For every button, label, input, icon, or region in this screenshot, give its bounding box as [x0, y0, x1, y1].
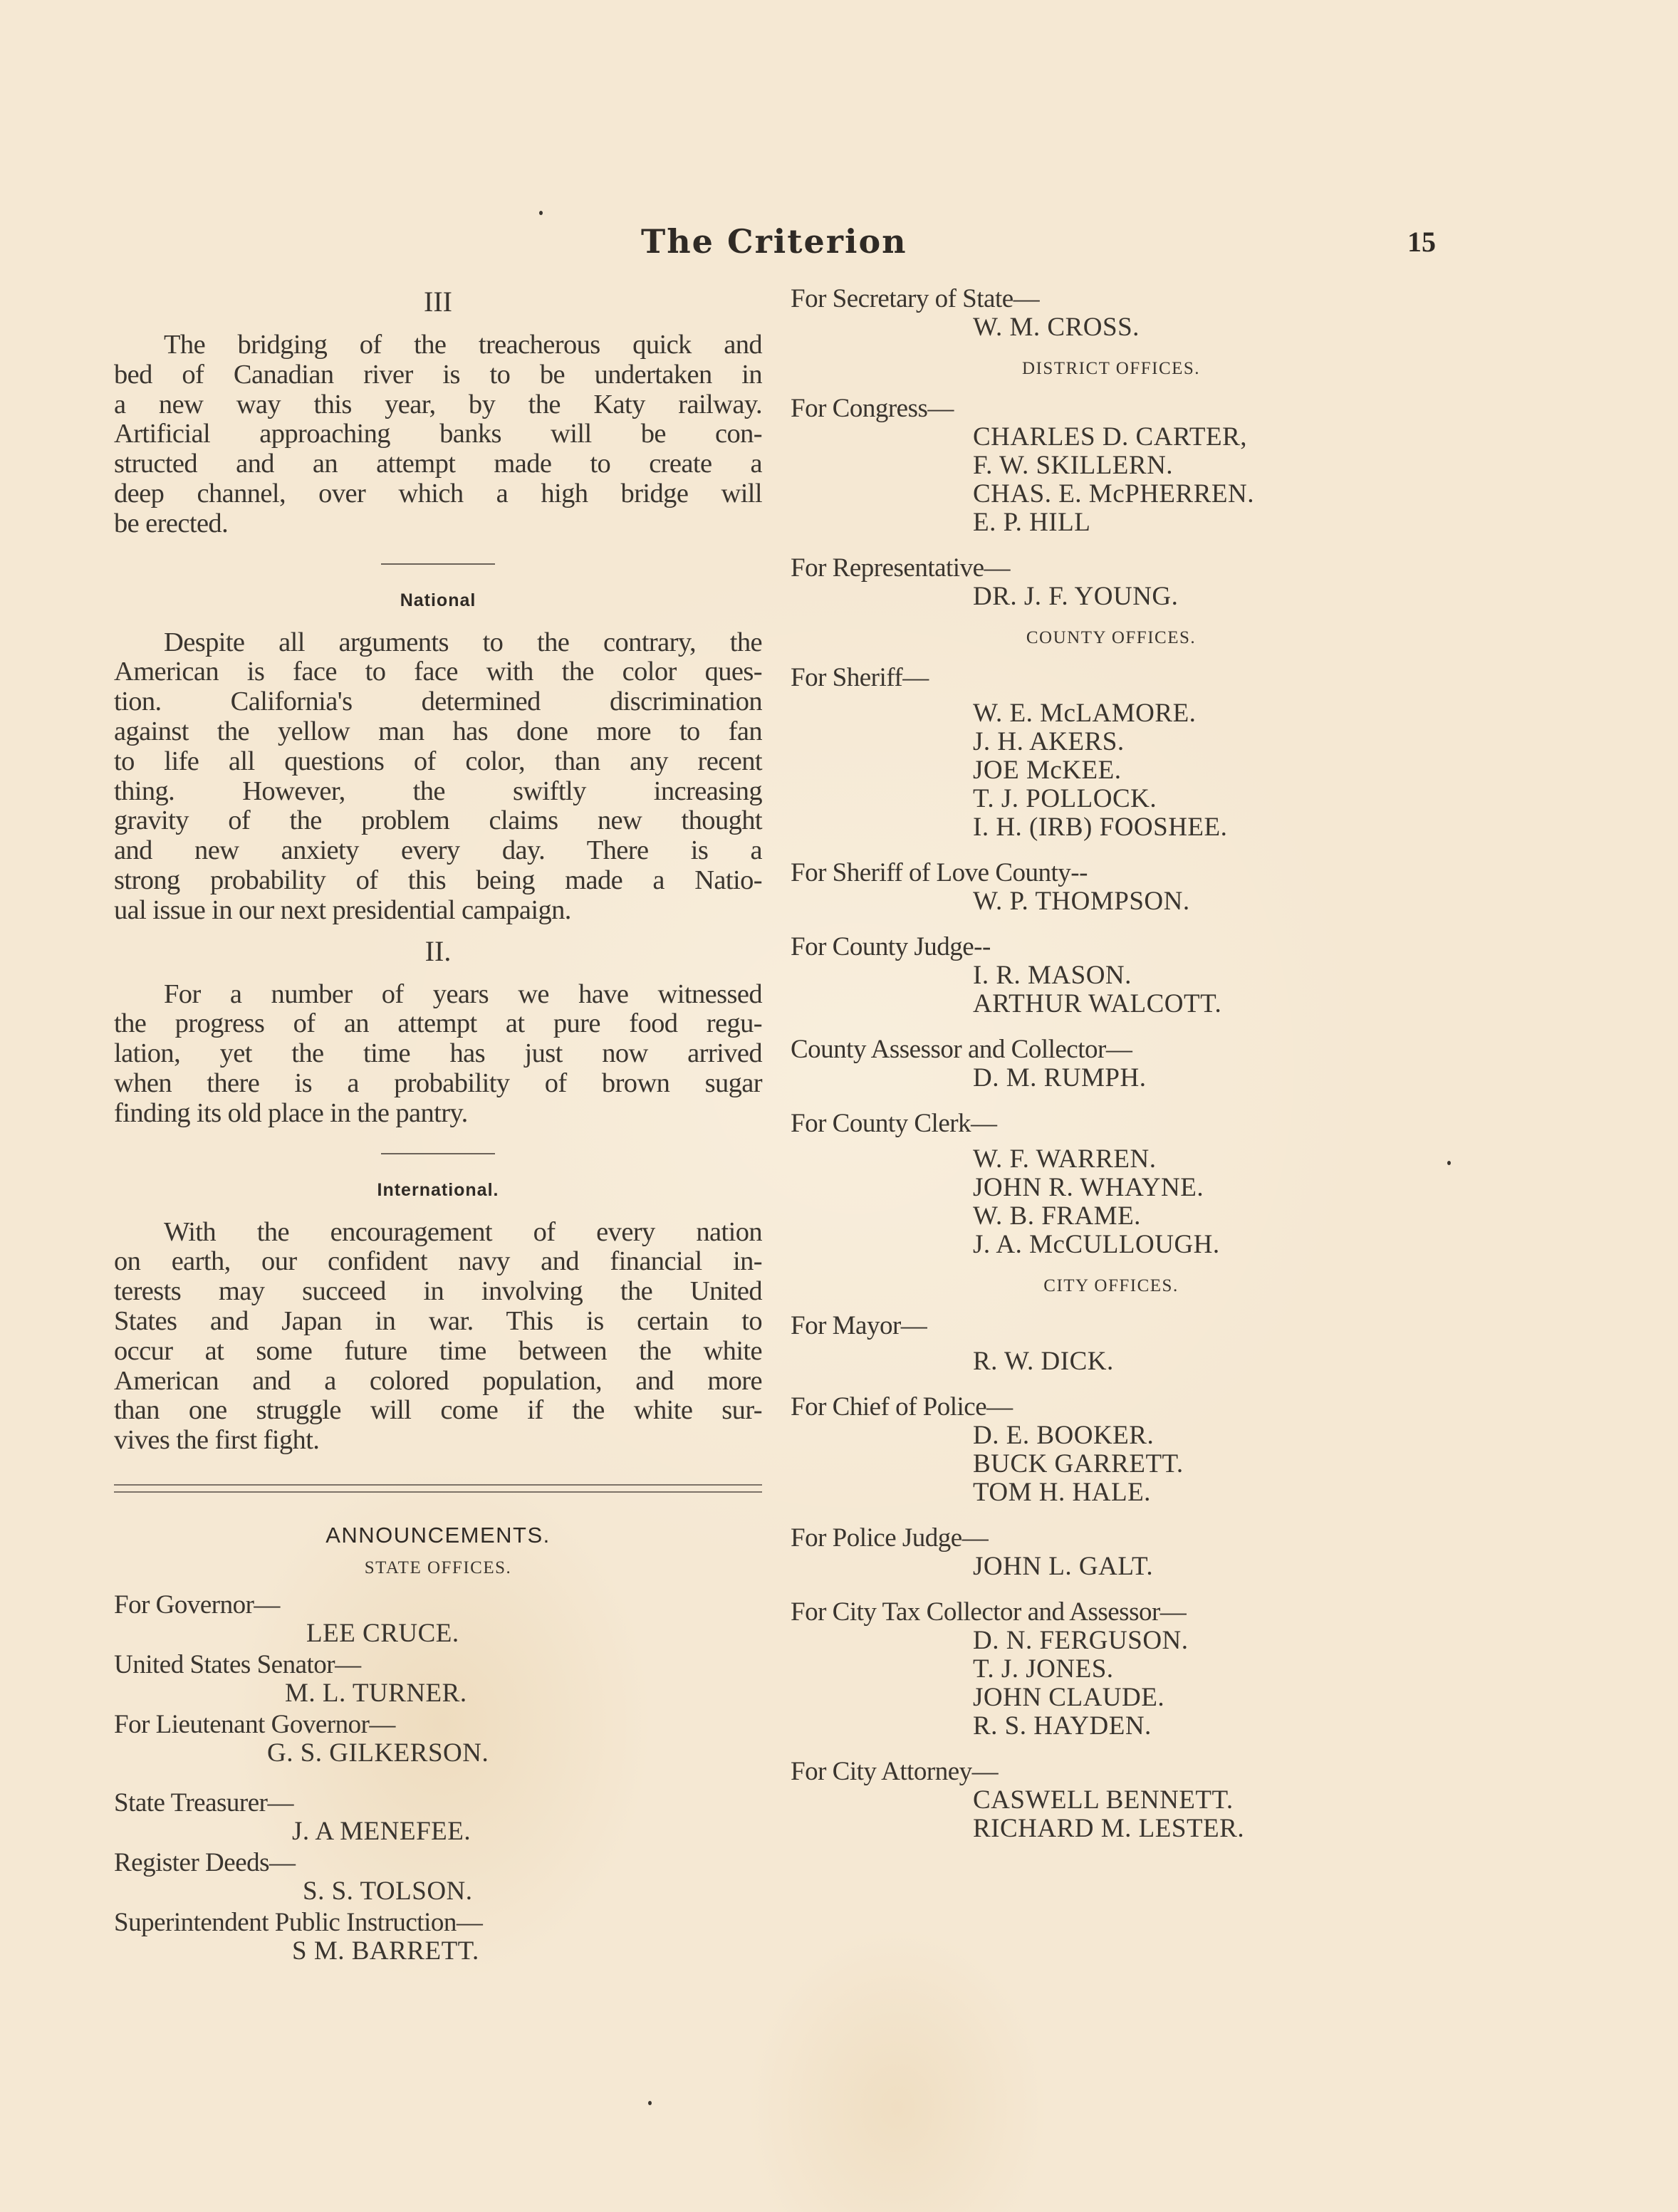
office-label: For County Judge-- — [791, 933, 1432, 961]
paragraph-line: thing. However, the swiftly increasing — [114, 777, 762, 807]
publication-title: The Criterion — [641, 222, 907, 261]
candidate-name: LEE CRUCE. — [114, 1619, 762, 1648]
paragraph-line: a new way this year, by the Katy railway… — [114, 390, 762, 420]
office-group-heading: COUNTY OFFICES. — [791, 628, 1432, 648]
announcements-title: ANNOUNCEMENTS. — [114, 1523, 762, 1548]
paragraph-line: when there is a probability of brown sug… — [114, 1069, 762, 1099]
candidate-name: JOHN L. GALT. — [791, 1553, 1432, 1581]
office-label: For City Attorney— — [791, 1758, 1432, 1786]
candidate-name: T. J. POLLOCK. — [791, 785, 1432, 813]
magazine-page: The Criterion 15 IIIThe bridging of the … — [0, 0, 1678, 2212]
office-group-heading: DISTRICT OFFICES. — [791, 359, 1432, 379]
paragraph-line: the progress of an attempt at pure food … — [114, 1009, 762, 1039]
double-rule-divider — [114, 1484, 762, 1493]
article-paragraph: With the encouragement of every nationon… — [114, 1218, 762, 1456]
state-offices-list: For Governor—LEE CRUCE.United States Sen… — [114, 1591, 762, 1966]
office-label: Register Deeds— — [114, 1849, 762, 1877]
paragraph-line: strong probability of this being made a … — [114, 866, 762, 896]
candidate-name: J. A. McCULLOUGH. — [791, 1231, 1432, 1259]
candidate-name: I. H. (IRB) FOOSHEE. — [791, 813, 1432, 842]
print-speck — [1447, 1161, 1451, 1165]
candidate-name: F. W. SKILLERN. — [791, 452, 1432, 480]
roman-numeral-heading: II. — [114, 934, 762, 969]
candidate-name: DR. J. F. YOUNG. — [791, 583, 1432, 611]
left-column: IIIThe bridging of the treacherous quick… — [114, 285, 762, 1968]
office-label: For Representative— — [791, 554, 1432, 583]
article-paragraph: Despite all arguments to the contrary, t… — [114, 628, 762, 926]
office-entry: County Assessor and Collector—D. M. RUMP… — [791, 1035, 1432, 1092]
office-label: For County Clerk— — [791, 1110, 1432, 1138]
office-entry: For Representative—DR. J. F. YOUNG. — [791, 554, 1432, 611]
candidate-name: JOHN CLAUDE. — [791, 1684, 1432, 1712]
running-head: The Criterion 15 — [0, 222, 1678, 265]
candidate-name: CHARLES D. CARTER, — [791, 423, 1432, 452]
candidate-name: JOE McKEE. — [791, 756, 1432, 785]
paragraph-line: be erected. — [114, 509, 762, 539]
page-number: 15 — [1407, 225, 1436, 259]
office-label: United States Senator— — [114, 1651, 762, 1679]
paragraph-line: The bridging of the treacherous quick an… — [114, 330, 762, 360]
office-label: For Secretary of State— — [791, 285, 1432, 313]
candidate-name: J. H. AKERS. — [791, 728, 1432, 756]
candidate-name: BUCK GARRETT. — [791, 1450, 1432, 1478]
paragraph-line: terests may succeed in involving the Uni… — [114, 1277, 762, 1307]
paragraph-line: occur at some future time between the wh… — [114, 1337, 762, 1367]
office-entry: For Secretary of State—W. M. CROSS. — [791, 285, 1432, 342]
candidate-name: W. E. McLAMORE. — [791, 699, 1432, 728]
state-offices-heading: STATE OFFICES. — [114, 1558, 762, 1578]
office-entry: For Sheriff of Love County--W. P. THOMPS… — [791, 859, 1432, 916]
office-label: For Chief of Police— — [791, 1393, 1432, 1421]
right-column: For Secretary of State—W. M. CROSS.DISTR… — [791, 285, 1432, 1860]
paragraph-line: American and a colored population, and m… — [114, 1367, 762, 1397]
office-entry: United States Senator—M. L. TURNER. — [114, 1651, 762, 1708]
paragraph-line: and new anxiety every day. There is a — [114, 836, 762, 866]
paragraph-line: States and Japan in war. This is certain… — [114, 1307, 762, 1337]
candidate-name: JOHN R. WHAYNE. — [791, 1174, 1432, 1202]
office-entry: For Congress—CHARLES D. CARTER,F. W. SKI… — [791, 395, 1432, 537]
paragraph-line: Artificial approaching banks will be con… — [114, 419, 762, 449]
candidate-name: D. N. FERGUSON. — [791, 1627, 1432, 1655]
paragraph-line: deep channel, over which a high bridge w… — [114, 479, 762, 509]
office-label: Superintendent Public Instruction— — [114, 1909, 762, 1937]
section-divider — [381, 563, 495, 565]
paragraph-line: against the yellow man has done more to … — [114, 717, 762, 747]
candidate-name: CASWELL BENNETT. — [791, 1786, 1432, 1815]
office-label: County Assessor and Collector— — [791, 1035, 1432, 1064]
candidate-name: RICHARD M. LESTER. — [791, 1815, 1432, 1843]
office-label: State Treasurer— — [114, 1789, 762, 1817]
paragraph-line: than one struggle will come if the white… — [114, 1396, 762, 1426]
candidate-name: E. P. HILL — [791, 508, 1432, 537]
candidate-name: R. S. HAYDEN. — [791, 1712, 1432, 1741]
office-entry: For County Judge--I. R. MASON.ARTHUR WAL… — [791, 933, 1432, 1018]
paragraph-line: lation, yet the time has just now arrive… — [114, 1039, 762, 1069]
office-entry: Register Deeds—S. S. TOLSON. — [114, 1849, 762, 1906]
office-groups: For Secretary of State—W. M. CROSS.DISTR… — [791, 285, 1432, 1843]
candidate-name: W. P. THOMPSON. — [791, 887, 1432, 916]
office-entry: For Sheriff—W. E. McLAMORE.J. H. AKERS.J… — [791, 664, 1432, 842]
editorial-sections: IIIThe bridging of the treacherous quick… — [114, 285, 762, 1456]
candidate-name: ARTHUR WALCOTT. — [791, 990, 1432, 1018]
candidate-name: W. B. FRAME. — [791, 1202, 1432, 1231]
office-group-heading: CITY OFFICES. — [791, 1276, 1432, 1296]
paragraph-line: vives the first fight. — [114, 1426, 762, 1456]
candidate-name: G. S. GILKERSON. — [114, 1739, 762, 1768]
office-label: For Congress— — [791, 395, 1432, 423]
office-entry: Superintendent Public Instruction—S M. B… — [114, 1909, 762, 1966]
candidate-name: TOM H. HALE. — [791, 1478, 1432, 1507]
office-entry: For Police Judge—JOHN L. GALT. — [791, 1524, 1432, 1581]
roman-numeral-heading: III — [114, 285, 762, 319]
section-divider — [381, 1153, 495, 1154]
print-speck — [539, 211, 543, 215]
candidate-name: J. A MENEFEE. — [114, 1817, 762, 1846]
office-entry: For City Attorney—CASWELL BENNETT.RICHAR… — [791, 1758, 1432, 1843]
section-heading: National — [114, 590, 762, 611]
office-entry: For County Clerk—W. F. WARREN.JOHN R. WH… — [791, 1110, 1432, 1259]
article-paragraph: For a number of years we have witnessedt… — [114, 980, 762, 1129]
office-label: For Police Judge— — [791, 1524, 1432, 1553]
paragraph-line: bed of Canadian river is to be undertake… — [114, 360, 762, 390]
paragraph-line: finding its old place in the pantry. — [114, 1099, 762, 1129]
paragraph-line: tion. California's determined discrimina… — [114, 687, 762, 717]
paragraph-line: on earth, our confident navy and financi… — [114, 1247, 762, 1277]
announcements: ANNOUNCEMENTS. STATE OFFICES. For Govern… — [114, 1523, 762, 1966]
paragraph-line: Despite all arguments to the contrary, t… — [114, 628, 762, 658]
candidate-name: T. J. JONES. — [791, 1655, 1432, 1684]
candidate-name: W. F. WARREN. — [791, 1145, 1432, 1174]
print-speck — [648, 2101, 652, 2105]
candidate-name: S M. BARRETT. — [114, 1937, 762, 1966]
office-entry: For Governor—LEE CRUCE. — [114, 1591, 762, 1648]
candidate-name: I. R. MASON. — [791, 961, 1432, 990]
paragraph-line: ual issue in our next presidential campa… — [114, 896, 762, 926]
office-entry: For Mayor—R. W. DICK. — [791, 1312, 1432, 1376]
office-entry: For Chief of Police—D. E. BOOKER.BUCK GA… — [791, 1393, 1432, 1507]
paragraph-line: For a number of years we have witnessed — [114, 980, 762, 1010]
office-label: For Sheriff— — [791, 664, 1432, 692]
candidate-name: CHAS. E. McPHERREN. — [791, 480, 1432, 508]
paragraph-line: American is face to face with the color … — [114, 657, 762, 687]
office-label: For Mayor— — [791, 1312, 1432, 1340]
candidate-name: W. M. CROSS. — [791, 313, 1432, 342]
paragraph-line: structed and an attempt made to create a — [114, 449, 762, 479]
office-label: For Sheriff of Love County-- — [791, 859, 1432, 887]
office-label: For City Tax Collector and Assessor— — [791, 1598, 1432, 1627]
candidate-name: R. W. DICK. — [791, 1347, 1432, 1376]
paragraph-line: gravity of the problem claims new though… — [114, 806, 762, 836]
office-entry: For City Tax Collector and Assessor—D. N… — [791, 1598, 1432, 1741]
candidate-name: M. L. TURNER. — [114, 1679, 762, 1708]
office-entry: State Treasurer—J. A MENEFEE. — [114, 1789, 762, 1846]
office-entry: For Lieutenant Governor—G. S. GILKERSON. — [114, 1711, 762, 1768]
paragraph-line: With the encouragement of every nation — [114, 1218, 762, 1248]
candidate-name: D. M. RUMPH. — [791, 1064, 1432, 1092]
office-label: For Governor— — [114, 1591, 762, 1619]
paragraph-line: to life all questions of color, than any… — [114, 747, 762, 777]
office-label: For Lieutenant Governor— — [114, 1711, 762, 1739]
article-paragraph: The bridging of the treacherous quick an… — [114, 330, 762, 539]
section-heading: International. — [114, 1180, 762, 1201]
candidate-name: S. S. TOLSON. — [114, 1877, 762, 1906]
candidate-name: D. E. BOOKER. — [791, 1421, 1432, 1450]
